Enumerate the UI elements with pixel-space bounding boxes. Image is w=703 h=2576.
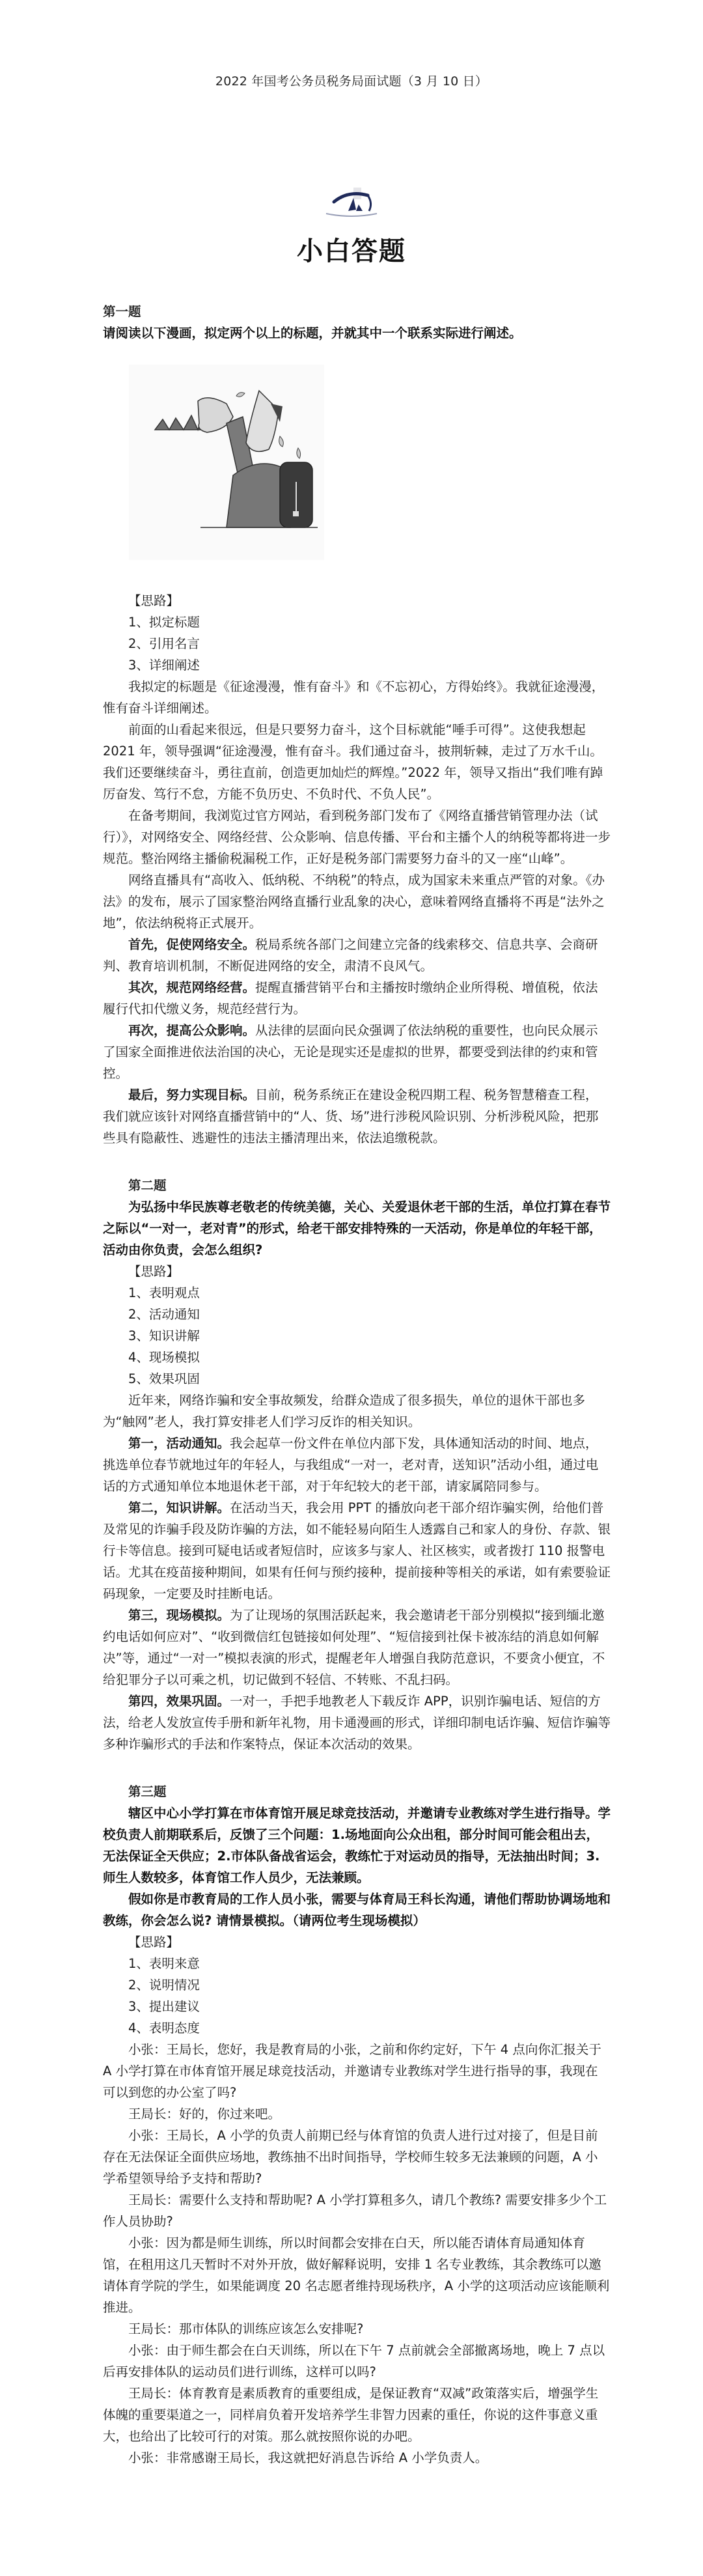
cartoon-illustration [129,365,324,560]
question-prompt: 请阅读以下漫画，拟定两个以上的标题，并就其中一个联系实际进行阐述。 [103,322,611,344]
outline-header: 【思路】 [103,1261,611,1282]
answer-paragraph: 近年来，网络诈骗和安全事故频发，给群众造成了很多损失，单位的退休干部也多为“触网… [103,1390,611,1433]
dialogue-line: 小张：王局长，您好，我是教育局的小张，之前和你约定好，下午 4 点向你汇报关于 … [103,2039,611,2103]
outline-header: 【思路】 [103,1931,611,1953]
outline-item: 1、表明来意 [103,1953,611,1974]
dialogue-line: 小张：非常感谢王局长，我这就把好消息告诉给 A 小学负责人。 [103,2447,611,2469]
question-prompt: 辖区中心小学打算在市体育馆开展足球竞技活动，并邀请专业教练对学生进行指导。学校负… [103,1802,611,1888]
speaker: 王局长： [128,2386,179,2401]
question-label: 第三题 [103,1781,611,1802]
document-title: 2022 年国考公务员税务局面试题（3 月 10 日） [0,72,703,89]
outline-item: 5、效果巩固 [103,1368,611,1390]
question-3: 第三题 辖区中心小学打算在市体育馆开展足球竞技活动，并邀请专业教练对学生进行指导… [103,1781,611,2469]
outline-item: 2、引用名言 [103,633,611,654]
outline-item: 4、现场模拟 [103,1347,611,1368]
outline-header: 【思路】 [103,590,611,611]
brand-name: 小白答题 [0,231,703,268]
speaker: 小张： [128,2042,167,2057]
speaker: 小张： [128,2235,167,2250]
answer-paragraph: 第四，效果巩固。一对一，手把手地教老人下载反诈 APP，识别诈骗电话、短信的方法… [103,1690,611,1755]
speaker: 小张： [128,2128,167,2143]
dialogue-line: 王局长：需要什么支持和帮助呢? A 小学打算租多久，请几个教练? 需要安排多少个… [103,2189,611,2232]
question-2: 第二题 为弘扬中华民族尊老敬老的传统美德，关心、关爱退休老干部的生活，单位打算在… [103,1175,611,1755]
answer-paragraph: 我拟定的标题是《征途漫漫，惟有奋斗》和《不忘初心，方得始终》。我就征途漫漫，惟有… [103,676,611,719]
question-prompt: 假如你是市教育局的工作人员小张，需要与体育局王科长沟通，请他们帮助协调场地和教练… [103,1888,611,1931]
answer-paragraph: 第三，现场模拟。为了让现场的氛围活跃起来，我会邀请老干部分别模拟“接到缅北邀约电… [103,1604,611,1690]
outline-item: 3、知识讲解 [103,1325,611,1347]
outline-item: 4、表明态度 [103,2017,611,2039]
answer-paragraph: 其次，规范网络经营。提醒直播营销平台和主播按时缴纳企业所得税、增值税，依法履行代… [103,977,611,1020]
question-label: 第一题 [103,301,611,322]
dialogue-line: 王局长：好的，你过来吧。 [103,2103,611,2125]
outline-item: 3、提出建议 [103,1996,611,2017]
outline-item: 2、活动通知 [103,1304,611,1325]
question-1: 第一题 请阅读以下漫画，拟定两个以上的标题，并就其中一个联系实际进行阐述。 [103,301,611,1149]
speaker: 小张： [128,2343,167,2358]
answer-paragraph: 最后，努力实现目标。目前，税务系统正在建设金税四期工程、税务智慧稽查工程，我们就… [103,1084,611,1149]
dialogue-line: 小张：由于师生都会在白天训练，所以在下午 7 点前就会全部撤离场地，晚上 7 点… [103,2340,611,2383]
answer-paragraph: 在备考期间，我浏览过官方网站，看到税务部门发布了《网络直播营销管理办法（试行）》… [103,805,611,869]
dialogue-line: 王局长：那市体队的训练应该怎么安排呢? [103,2318,611,2340]
document-body: 第一题 请阅读以下漫画，拟定两个以上的标题，并就其中一个联系实际进行阐述。 [103,301,611,2469]
speaker: 王局长： [128,2107,179,2121]
outline-item: 2、说明情况 [103,1974,611,1996]
dialogue-line: 小张：王局长，A 小学的负责人前期已经与体育馆的负责人进行过对接了，但是目前存在… [103,2125,611,2189]
answer-paragraph: 首先，促使网络安全。税局系统各部门之间建立完备的线索移交、信息共享、会商研判、教… [103,934,611,977]
outline-item: 1、拟定标题 [103,611,611,633]
brand-logo: 小白答题 [0,188,703,268]
dialogue-line: 小张：因为都是师生训练，所以时间都会安排在白天，所以能否请体育局通知体育馆，在租… [103,2232,611,2318]
answer-paragraph: 再次，提高公众影响。从法律的层面向民众强调了依法纳税的重要性，也向民众展示了国家… [103,1020,611,1084]
speaker: 小张： [128,2450,167,2465]
question-prompt: 为弘扬中华民族尊老敬老的传统美德，关心、关爱退休老干部的生活，单位打算在春节之际… [103,1196,611,1261]
answer-paragraph: 第二，知识讲解。在活动当天，我会用 PPT 的播放向老干部介绍诈骗实例，给他们普… [103,1497,611,1604]
answer-paragraph: 第一，活动通知。我会起草一份文件在单位内部下发，具体通知活动的时间、地点，挑选单… [103,1433,611,1497]
answer-paragraph: 网络直播具有“高收入、低纳税、不纳税”的特点，成为国家未来重点严管的对象。《办法… [103,869,611,934]
sail-eye-logo-icon [322,188,381,220]
speaker: 王局长： [128,2321,179,2336]
answer-paragraph: 前面的山看起来很远，但是只要努力奋斗，这个目标就能“唾手可得”。这使我想起 20… [103,719,611,805]
speaker: 王局长： [128,2192,179,2207]
outline-item: 1、表明观点 [103,1282,611,1304]
dialogue-line: 王局长：体育教育是素质教育的重要组成，是保证教育“双减”政策落实后，增强学生体魄… [103,2383,611,2447]
question-label: 第二题 [103,1175,611,1196]
outline-item: 3、详细阐述 [103,654,611,676]
